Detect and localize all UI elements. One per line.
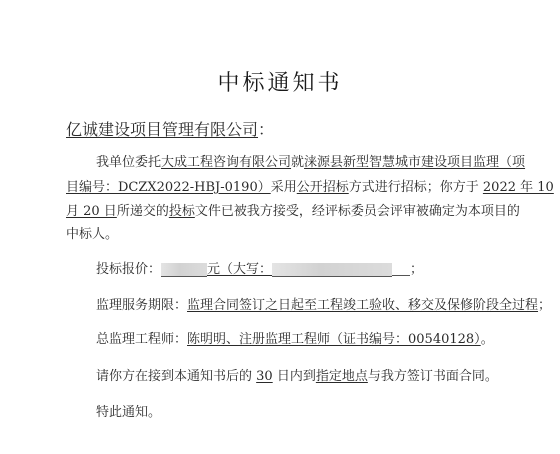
project-number: 目编号：DCZX2022-HBJ-0190） — [66, 180, 271, 195]
text: 就 — [291, 155, 304, 170]
text: 与我方签订书面合同。 — [368, 369, 498, 384]
addressee-name: 亿诚建设项目管理有限公司 — [66, 120, 258, 139]
paragraph1-line2: 目编号：DCZX2022-HBJ-0190）采用公开招标方式进行招标；你方于 2… — [66, 176, 554, 195]
tender-method: 公开招标 — [297, 180, 349, 195]
project-name: 涞源县新型智慧城市建设项目监理（项 — [304, 155, 525, 170]
closing-line: 特此通知。 — [96, 401, 161, 420]
bid-price-line: 投标报价：元（大写：； — [96, 258, 423, 277]
contract-place: 指定地点 — [316, 369, 368, 384]
contract-days: 30 — [256, 369, 273, 384]
punct: 。 — [481, 332, 494, 347]
award-notice-document: 中标通知书 亿诚建设项目管理有限公司： 我单位委托大成工程咨询有限公司就涞源县新… — [0, 0, 560, 454]
punct: ； — [410, 262, 423, 277]
paragraph1-line4: 中标人。 — [66, 223, 118, 242]
blank-line — [392, 263, 410, 276]
service-period-line: 监理服务期限：监理合同签订之日起至工程竣工验收、移交及保修阶段全过程； — [96, 294, 551, 313]
bid-date: 2022 年 10 — [483, 180, 554, 195]
service-period-label: 监理服务期限： — [96, 298, 187, 313]
text: 日内到 — [277, 369, 316, 384]
text: 所递交的 — [117, 204, 169, 219]
chief-engineer-value: 陈明明、注册监理工程师（证书编号：00540128） — [187, 332, 481, 347]
agent-name: 大成工程咨询有限公司 — [161, 155, 291, 170]
punct: ； — [538, 298, 551, 313]
document-title: 中标通知书 — [0, 66, 560, 97]
chief-engineer-line: 总监理工程师：陈明明、注册监理工程师（证书编号：00540128）。 — [96, 328, 494, 347]
text: 请你方在接到本通知书后的 — [96, 369, 252, 384]
service-period-value: 监理合同签订之日起至工程竣工验收、移交及保修阶段全过程 — [187, 298, 538, 313]
redacted-amount — [161, 263, 207, 277]
bid-price-unit: 元（大写： — [207, 262, 272, 277]
text: 我单位委托 — [96, 155, 161, 170]
text: 采用 — [271, 180, 297, 195]
text: 方式进行招标；你方于 — [349, 180, 479, 195]
bid-price-label: 投标报价： — [96, 262, 161, 277]
bid-word: 投标 — [169, 204, 195, 219]
redacted-amount-words — [272, 263, 392, 277]
paragraph1-line1: 我单位委托大成工程咨询有限公司就涞源县新型智慧城市建设项目监理（项 — [96, 151, 525, 170]
punct: ： — [258, 120, 274, 139]
chief-engineer-label: 总监理工程师： — [96, 332, 187, 347]
contract-notice-line: 请你方在接到本通知书后的 30 日内到指定地点与我方签订书面合同。 — [96, 365, 498, 384]
paragraph1-line3: 月 20 日所递交的投标文件已被我方接受，经评标委员会评审被确定为本项目的 — [66, 200, 520, 219]
addressee: 亿诚建设项目管理有限公司： — [66, 117, 274, 140]
bid-date-cont: 月 20 日 — [66, 204, 117, 219]
text: 文件已被我方接受，经评标委员会评审被确定为本项目的 — [195, 204, 520, 219]
